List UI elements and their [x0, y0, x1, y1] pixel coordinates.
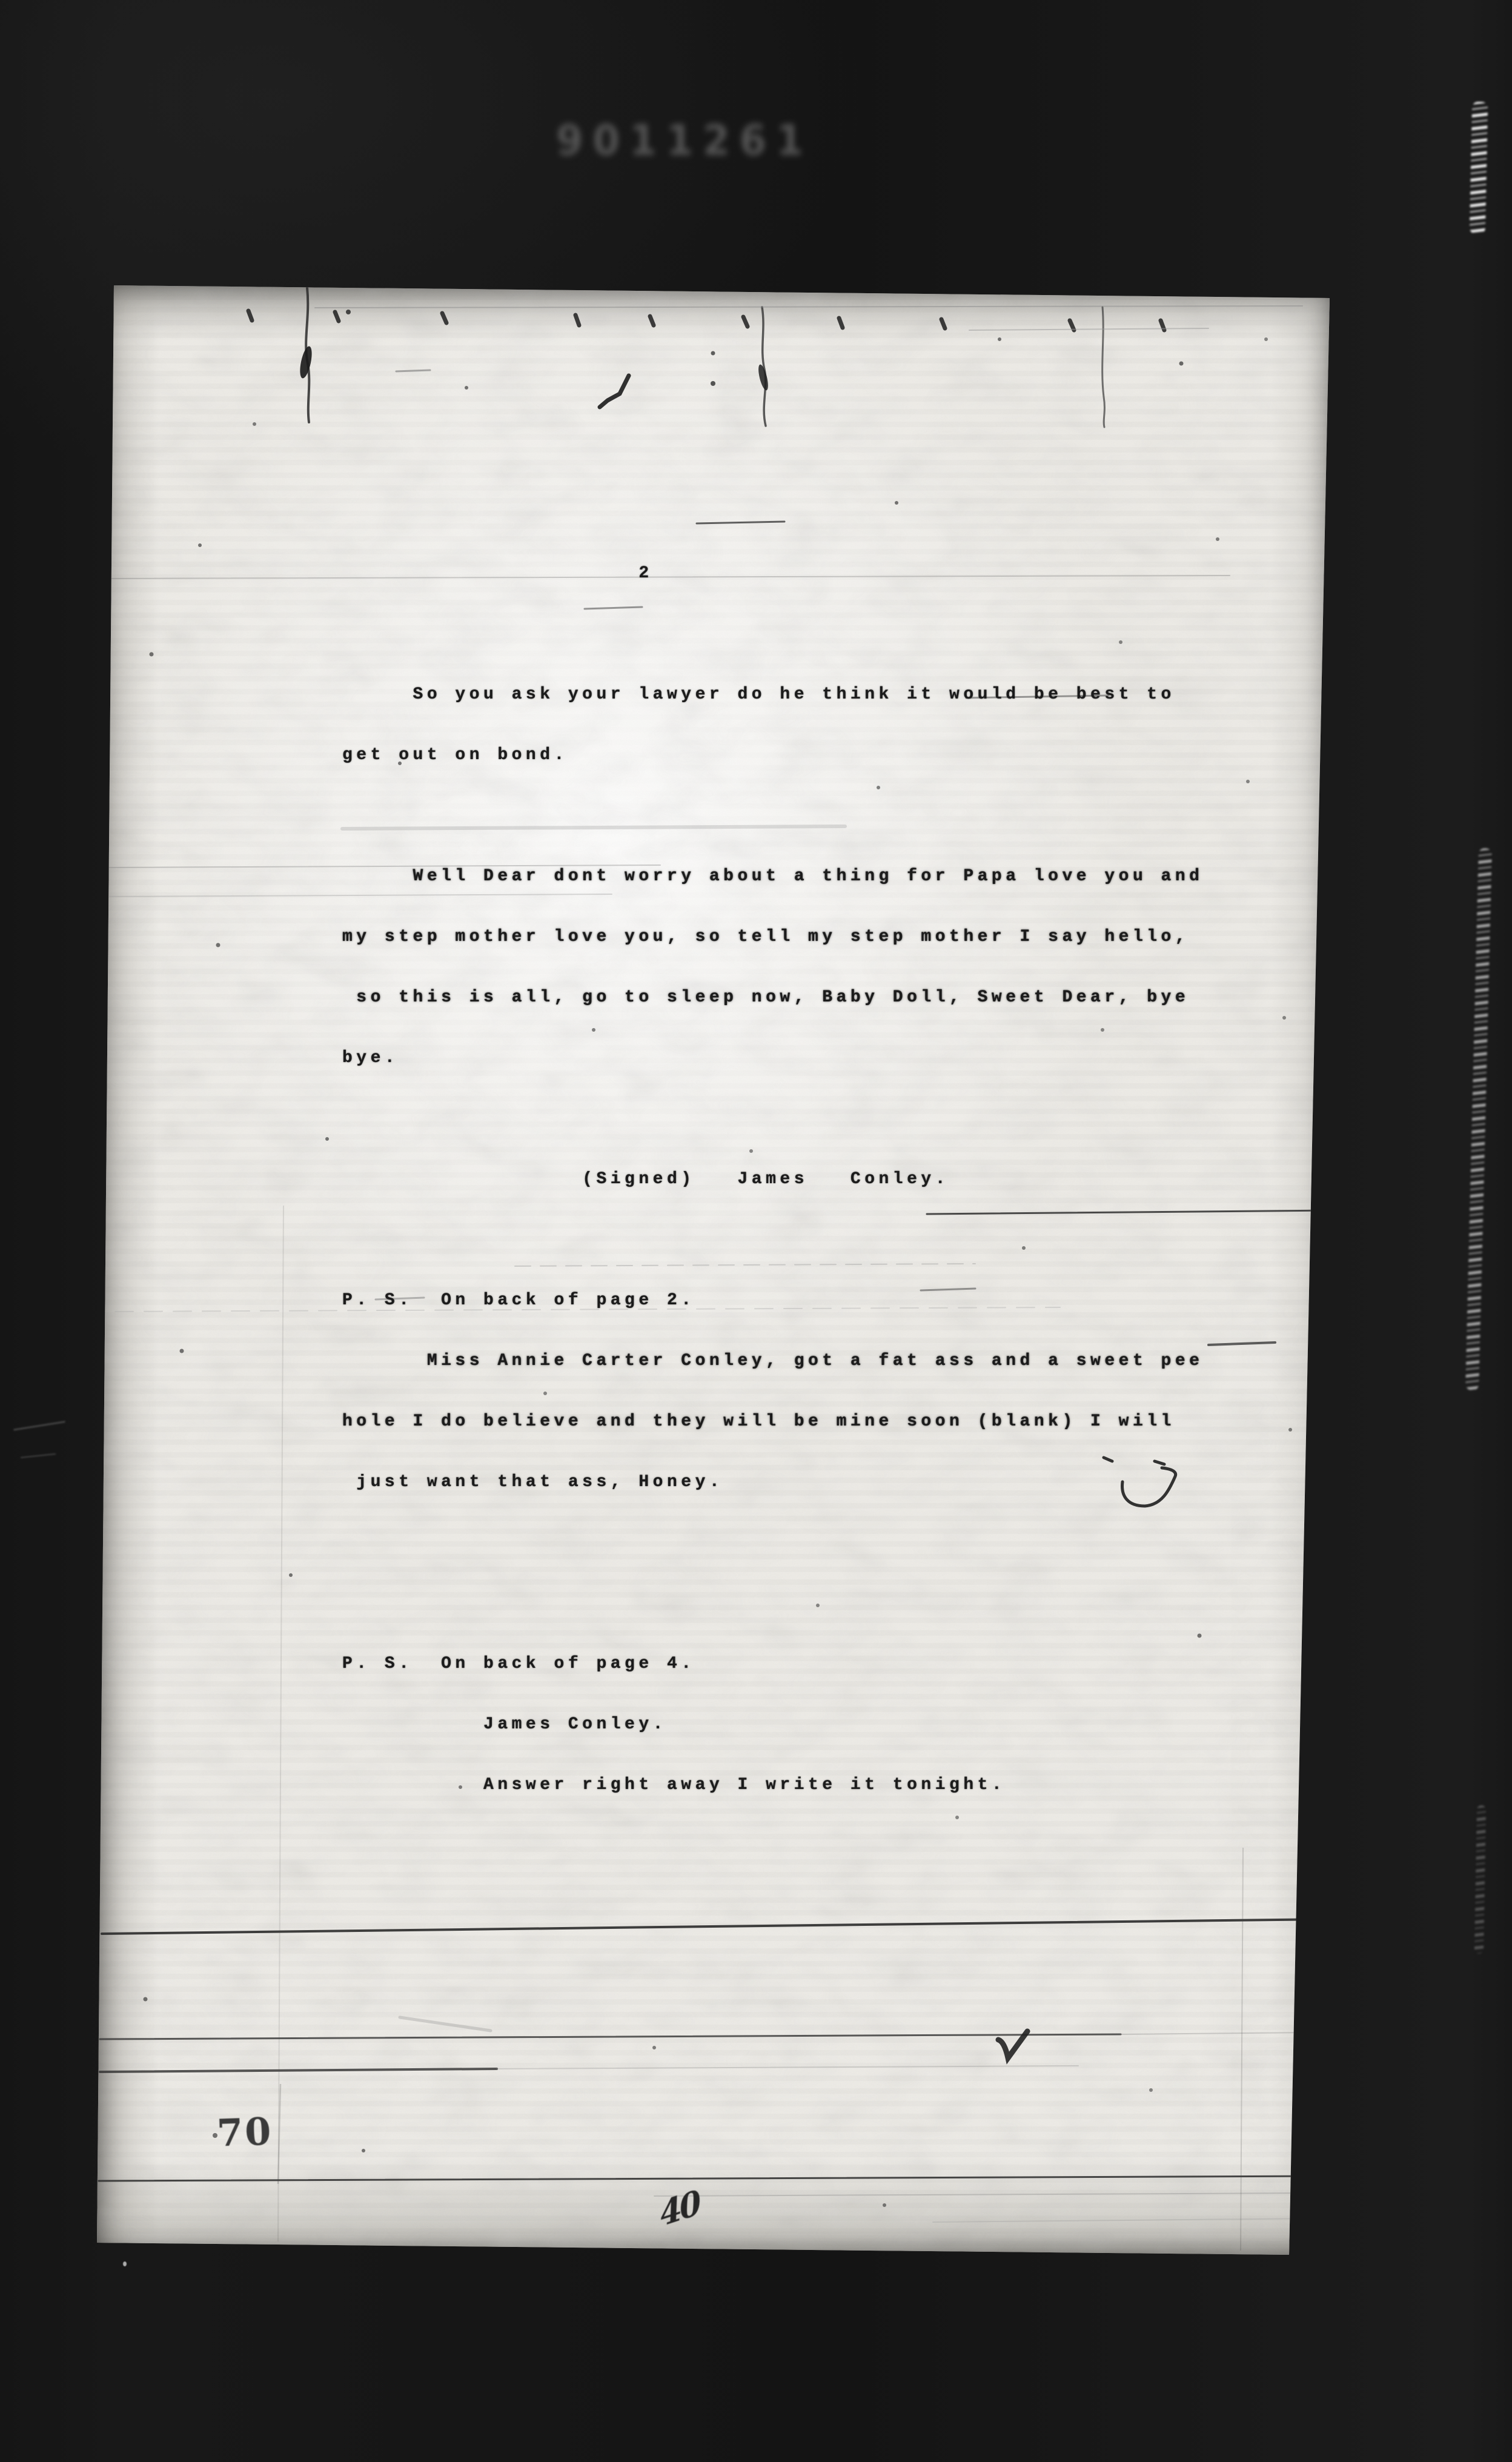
typed-line [342, 623, 1251, 646]
typed-line: get out on bond. [342, 744, 1251, 767]
film-fleck [123, 2261, 127, 2266]
film-background: 9011261 [0, 0, 1512, 2462]
typed-line: P. S. On back of page 2. [342, 1289, 1251, 1312]
typed-line: Answer right away I write it tonight. [342, 1774, 1251, 1797]
typed-line: bye. [342, 1047, 1251, 1070]
film-smudge [13, 1421, 65, 1430]
typed-line [342, 805, 1251, 828]
film-number-stamp: 9011261 [556, 117, 813, 165]
film-edge-scratch [1465, 848, 1492, 1390]
typed-line: my step mother love you, so tell my step… [342, 926, 1251, 949]
catalog-number: 70 [216, 2109, 274, 2155]
document-page: 2 So you ask your lawyer do he think it … [97, 282, 1333, 2257]
typed-line: Well Dear dont worry about a thing for P… [342, 865, 1251, 888]
typed-line: So you ask your lawyer do he think it wo… [342, 683, 1251, 706]
typed-line: Miss Annie Carter Conley, got a fat ass … [342, 1350, 1251, 1373]
typed-letter-text: 2 So you ask your lawyer do he think it … [342, 525, 1251, 1834]
typed-line [342, 1229, 1251, 1252]
typed-line: just want that ass, Honey. [342, 1471, 1251, 1494]
typed-line [342, 1592, 1251, 1615]
film-smudge [21, 1453, 56, 1458]
film-edge-scratch [1474, 1805, 1486, 1954]
typed-line [342, 1107, 1251, 1130]
typed-line: 2 [342, 562, 1251, 585]
typed-line: so this is all, go to sleep now, Baby Do… [342, 986, 1251, 1009]
typed-line: (Signed) James Conley. [342, 1168, 1251, 1191]
film-edge-scratch [1470, 102, 1488, 234]
typed-line: P. S. On back of page 4. [342, 1653, 1251, 1676]
typed-line: hole I do believe and they will be mine … [342, 1410, 1251, 1433]
typed-line [342, 1531, 1251, 1555]
typed-line: James Conley. [342, 1713, 1251, 1736]
